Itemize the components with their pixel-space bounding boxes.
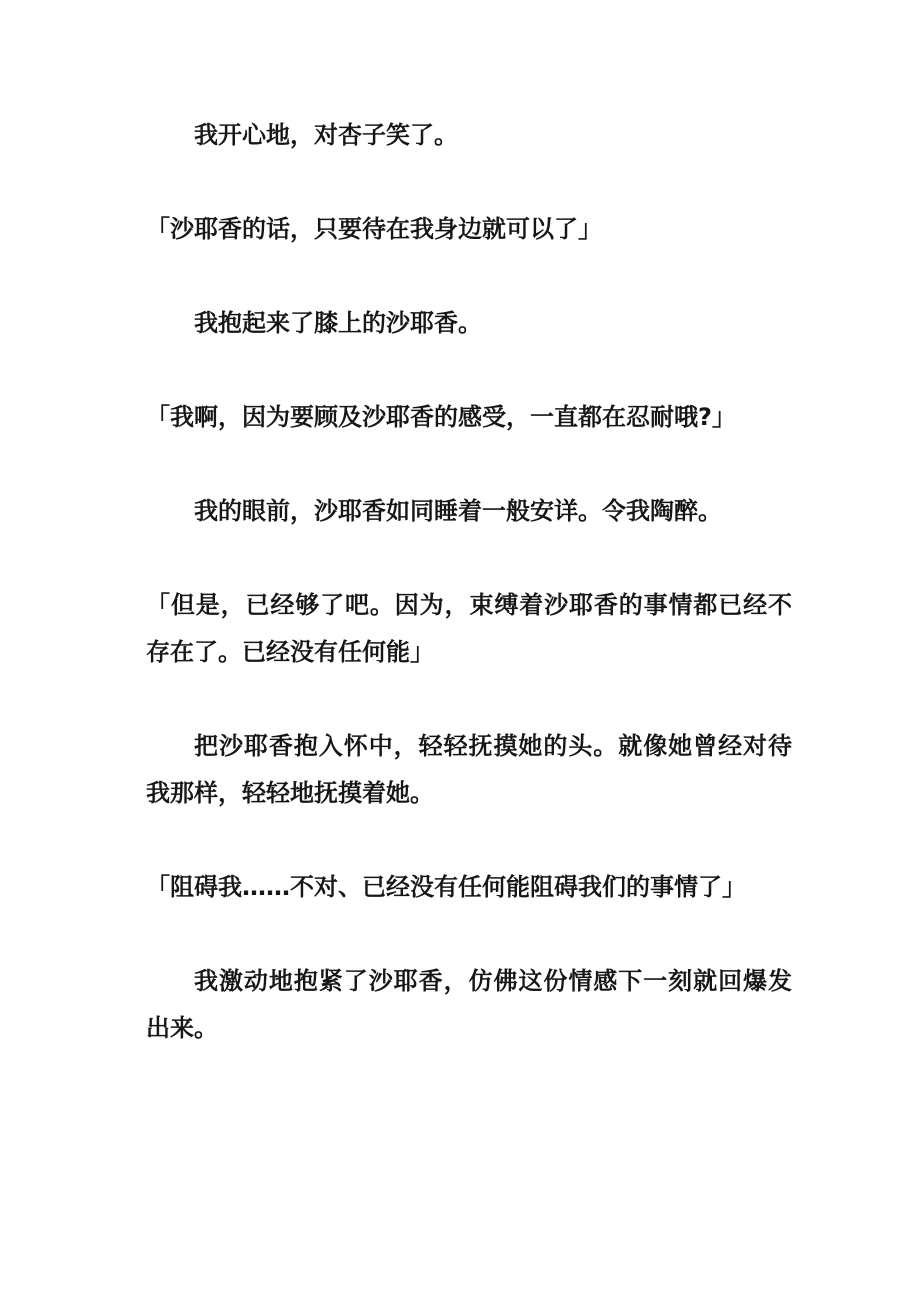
- paragraph-narrative-2: 我抱起来了膝上的沙耶香。: [146, 300, 792, 347]
- paragraph-dialogue-1: 「沙耶香的话，只要待在我身边就可以了」: [146, 206, 792, 253]
- paragraph-dialogue-3: 「但是，已经够了吧。因为，束缚着沙耶香的事情都已经不存在了。已经没有任何能」: [146, 582, 792, 676]
- paragraph-dialogue-4: 「阻碍我……不对、已经没有任何能阻碍我们的事情了」: [146, 864, 792, 911]
- paragraph-dialogue-2: 「我啊，因为要顾及沙耶香的感受，一直都在忍耐哦?」: [146, 394, 792, 441]
- paragraph-narrative-3: 我的眼前，沙耶香如同睡着一般安详。令我陶醉。: [146, 488, 792, 535]
- paragraph-narrative-4: 把沙耶香抱入怀中，轻轻抚摸她的头。就像她曾经对待我那样，轻轻地抚摸着她。: [146, 723, 792, 817]
- paragraph-narrative-5: 我激动地抱紧了沙耶香，仿佛这份情感下一刻就回爆发出来。: [146, 958, 792, 1052]
- document-page: 我开心地，对杏子笑了。 「沙耶香的话，只要待在我身边就可以了」 我抱起来了膝上的…: [0, 0, 917, 1297]
- document-text-body: 我开心地，对杏子笑了。 「沙耶香的话，只要待在我身边就可以了」 我抱起来了膝上的…: [146, 112, 792, 1052]
- paragraph-narrative-1: 我开心地，对杏子笑了。: [146, 112, 792, 159]
